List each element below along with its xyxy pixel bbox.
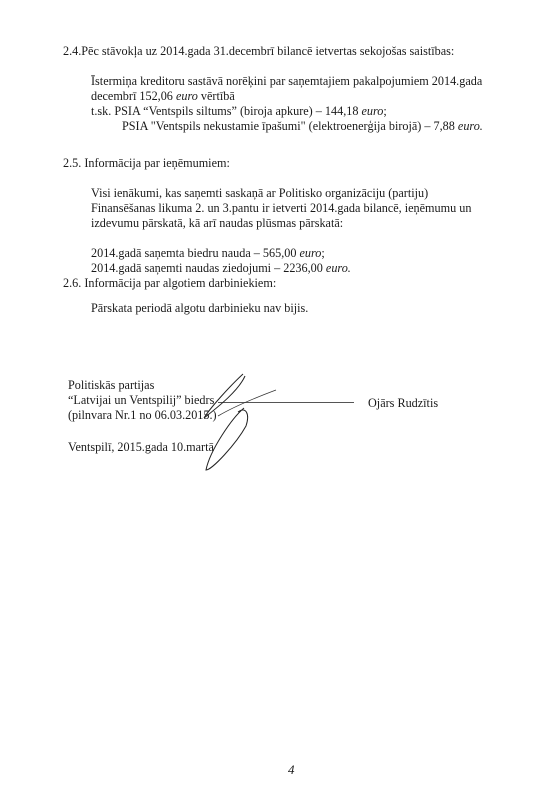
item1-unit: euro: [300, 246, 322, 260]
section-2-5-para-line3: izdevumu pārskatā, kā arī naudas plūsmas…: [91, 216, 343, 231]
line2-unit: euro: [176, 89, 198, 103]
line3-unit: euro: [361, 104, 383, 118]
line2-text: decembrī 152,06: [91, 89, 176, 103]
line3-text: t.sk. PSIA “Ventspils siltums” (biroja a…: [91, 104, 361, 118]
section-2-6-text: Pārskata periodā algotu darbinieku nav b…: [91, 301, 308, 316]
item2-text: 2014.gadā saņemti naudas ziedojumi – 223…: [91, 261, 326, 275]
line2-suffix: vērtībā: [198, 89, 235, 103]
section-2-4-line1: Īstermiņa kreditoru sastāvā norēķini par…: [91, 74, 482, 89]
section-2-5-para-line1: Visi ienākumi, kas saņemti saskaņā ar Po…: [91, 186, 428, 201]
section-2-4-line3: t.sk. PSIA “Ventspils siltums” (biroja a…: [91, 104, 387, 119]
section-2-5-para-line2: Finansēšanas likuma 2. un 3.pantu ir iet…: [91, 201, 471, 216]
line3-suffix: ;: [383, 104, 386, 118]
section-2-4-heading: 2.4.Pēc stāvokļa uz 2014.gada 31.decembr…: [63, 44, 454, 59]
section-2-5-heading: 2.5. Informācija par ieņēmumiem:: [63, 156, 230, 171]
signer-name: Ojārs Rudzītis: [368, 396, 438, 411]
line4-text: PSIA "Ventspils nekustamie īpašumi" (ele…: [122, 119, 458, 133]
section-2-4-line2: decembrī 152,06 euro vērtībā: [91, 89, 235, 104]
section-2-6-heading: 2.6. Informācija par algotiem darbinieki…: [63, 276, 276, 291]
section-2-5-item2: 2014.gadā saņemti naudas ziedojumi – 223…: [91, 261, 351, 276]
page-number: 4: [288, 762, 295, 777]
signer-org-line1: Politiskās partijas: [68, 378, 154, 393]
signer-authorization: (pilnvara Nr.1 no 06.03.2015.): [68, 408, 217, 423]
place-and-date: Ventspilī, 2015.gada 10.martā: [68, 440, 214, 455]
signer-org-line2: “Latvijai un Ventspilij” biedrs: [68, 393, 214, 408]
handwritten-signature: [200, 370, 290, 500]
line4-unit: euro.: [458, 119, 483, 133]
item1-text: 2014.gadā saņemta biedru nauda – 565,00: [91, 246, 300, 260]
section-2-4-line4: PSIA "Ventspils nekustamie īpašumi" (ele…: [122, 119, 483, 134]
item2-unit: euro.: [326, 261, 351, 275]
item1-suffix: ;: [321, 246, 324, 260]
section-2-5-item1: 2014.gadā saņemta biedru nauda – 565,00 …: [91, 246, 325, 261]
